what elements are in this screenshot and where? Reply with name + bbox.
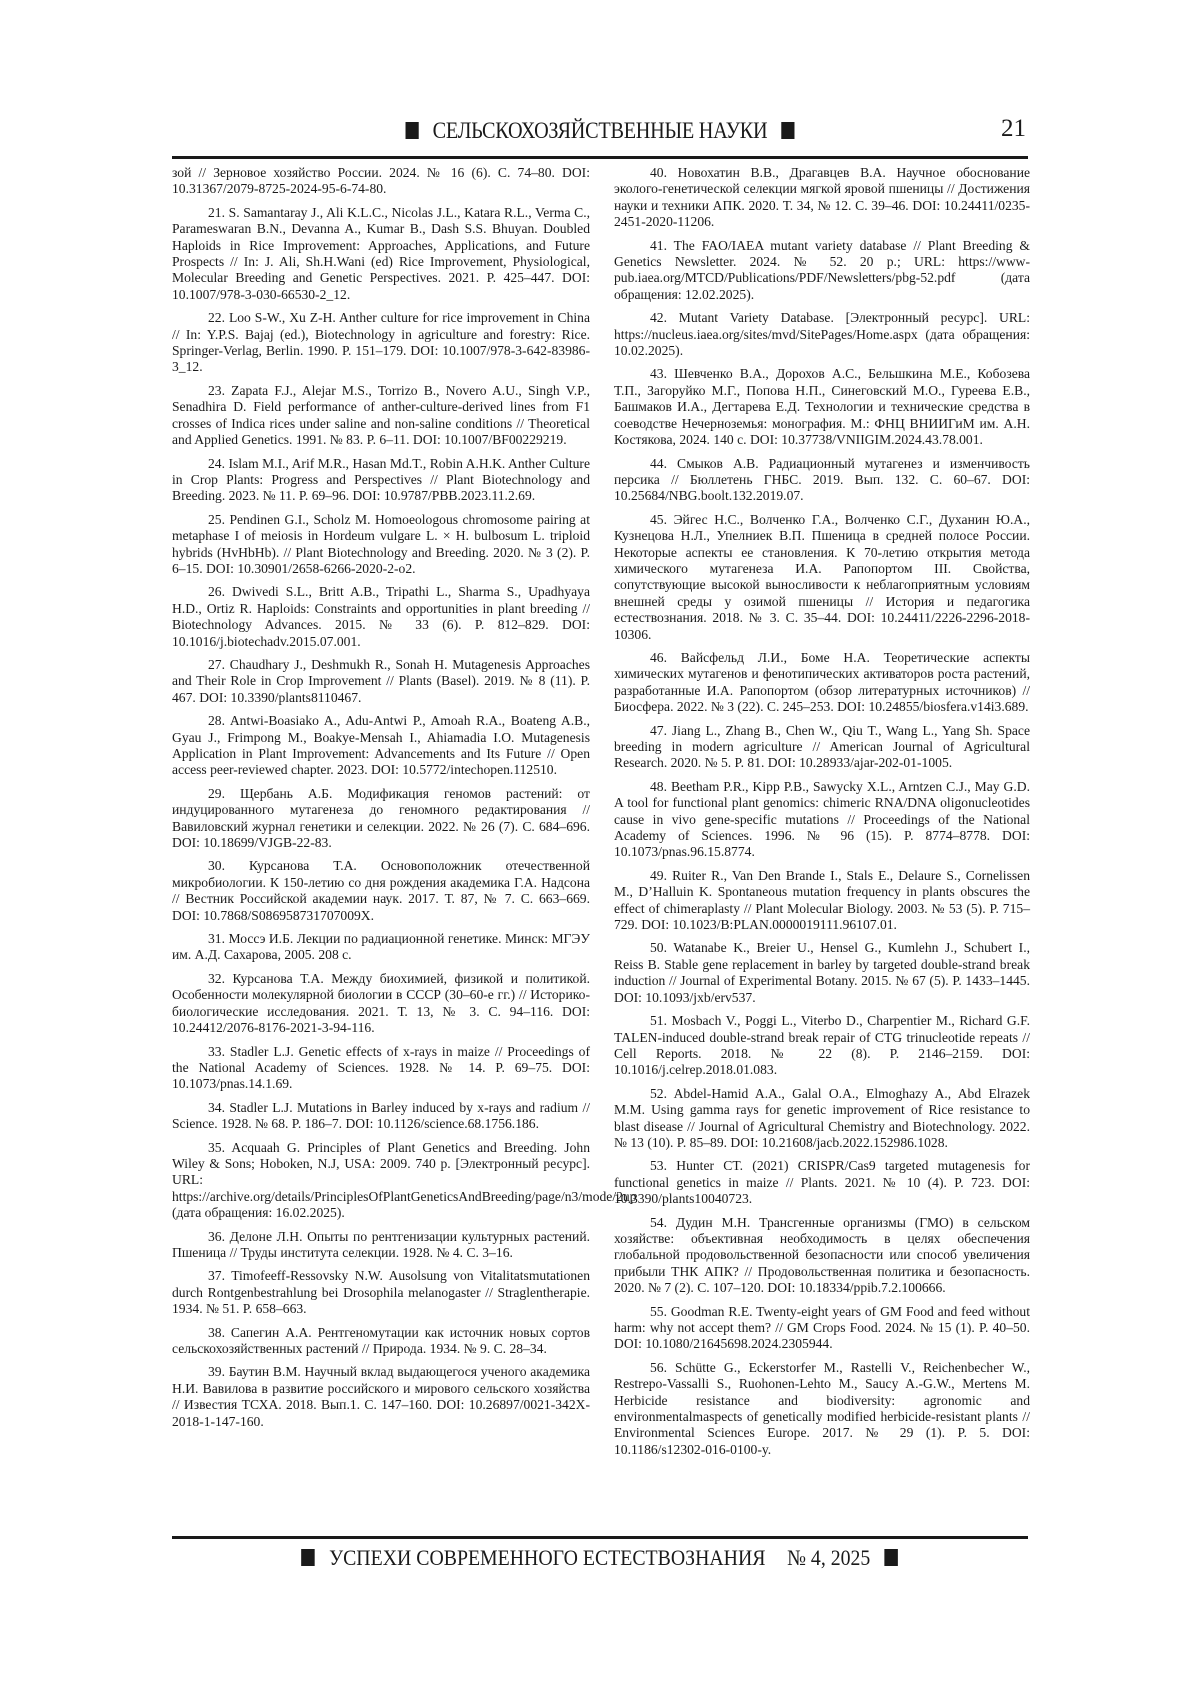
reference-item: 36. Делоне Л.Н. Опыты по рентгенизации к… <box>172 1229 590 1262</box>
reference-item: 32. Курсанова Т.А. Между биохимией, физи… <box>172 971 590 1037</box>
reference-item: 48. Beetham P.R., Kipp P.B., Sawycky X.L… <box>614 779 1030 861</box>
left-column: зой // Зерновое хозяйство России. 2024. … <box>172 165 590 1437</box>
right-column: 40. Новохатин В.В., Драгавцев В.А. Научн… <box>614 165 1030 1465</box>
reference-item: 30. Курсанова Т.А. Основоположник отечес… <box>172 858 590 924</box>
running-header: СЕЛЬСКОХОЗЯЙСТВЕННЫЕ НАУКИ <box>223 118 976 144</box>
reference-item: 35. Acquaah G. Principles of Plant Genet… <box>172 1140 590 1222</box>
reference-item: 46. Вайсфельд Л.И., Боме Н.А. Теоретичес… <box>614 650 1030 716</box>
reference-item: 34. Stadler L.J. Mutations in Barley ind… <box>172 1100 590 1133</box>
reference-item: 50. Watanabe K., Breier U., Hensel G., K… <box>614 940 1030 1006</box>
reference-item: 44. Смыков А.В. Радиационный мутагенез и… <box>614 456 1030 505</box>
header-rule <box>172 156 1028 159</box>
reference-item: 23. Zapata F.J., Alejar M.S., Torrizo B.… <box>172 383 590 449</box>
square-bullet-icon <box>781 122 794 139</box>
reference-item: 22. Loo S-W., Xu Z-H. Anther culture for… <box>172 310 590 376</box>
reference-item: 51. Mosbach V., Poggi L., Viterbo D., Ch… <box>614 1013 1030 1079</box>
reference-item: 38. Сапегин А.А. Рентгеномутации как ист… <box>172 1325 590 1358</box>
section-title: СЕЛЬСКОХОЗЯЙСТВЕННЫЕ НАУКИ <box>433 118 768 143</box>
reference-item: 27. Chaudhary J., Deshmukh R., Sonah H. … <box>172 657 590 706</box>
reference-item: 37. Timofeeff-Ressovsky N.W. Ausolsung v… <box>172 1268 590 1317</box>
reference-item: 31. Моссэ И.Б. Лекции по радиационной ге… <box>172 931 590 964</box>
reference-item: 21. S. Samantaray J., Ali K.L.C., Nicola… <box>172 205 590 303</box>
reference-item: 45. Эйгес Н.С., Волченко Г.А., Волченко … <box>614 512 1030 643</box>
reference-item: 49. Ruiter R., Van Den Brande I., Stals … <box>614 868 1030 934</box>
page-footer: УСПЕХИ СОВРЕМЕННОГО ЕСТЕСТВОЗНАНИЯ№ 4, 2… <box>172 1545 1028 1579</box>
square-bullet-icon <box>405 122 418 139</box>
reference-item: 54. Дудин М.Н. Трансгенные организмы (ГМ… <box>614 1215 1030 1297</box>
reference-item: 26. Dwivedi S.L., Britt A.B., Tripathi L… <box>172 584 590 650</box>
reference-item: 24. Islam M.I., Arif M.R., Hasan Md.T., … <box>172 456 590 505</box>
issue-number: № 4, 2025 <box>787 1545 870 1570</box>
reference-item: 29. Щербань А.Б. Модификация геномов рас… <box>172 786 590 852</box>
reference-item: 33. Stadler L.J. Genetic effects of x-ra… <box>172 1044 590 1093</box>
reference-item: 47. Jiang L., Zhang B., Chen W., Qiu T.,… <box>614 723 1030 772</box>
reference-continuation: зой // Зерновое хозяйство России. 2024. … <box>172 165 590 198</box>
reference-item: 43. Шевченко В.А., Дорохов А.С., Бельшки… <box>614 366 1030 448</box>
reference-item: 40. Новохатин В.В., Драгавцев В.А. Научн… <box>614 165 1030 231</box>
page-header: СЕЛЬСКОХОЗЯЙСТВЕННЫЕ НАУКИ 21 <box>172 112 1028 156</box>
reference-item: 28. Antwi-Boasiako A., Adu-Antwi P., Amo… <box>172 713 590 779</box>
square-bullet-icon <box>301 1549 315 1566</box>
reference-item: 52. Abdel-Hamid A.A., Galal O.A., Elmogh… <box>614 1086 1030 1152</box>
page-number: 21 <box>1001 115 1026 143</box>
square-bullet-icon <box>885 1549 899 1566</box>
footer-rule <box>172 1536 1028 1539</box>
reference-item: 42. Mutant Variety Database. [Электронны… <box>614 310 1030 359</box>
reference-item: 39. Баутин В.М. Научный вклад выдающегос… <box>172 1364 590 1430</box>
reference-item: 25. Pendinen G.I., Scholz M. Homoeologou… <box>172 512 590 578</box>
reference-item: 53. Hunter CT. (2021) CRISPR/Cas9 target… <box>614 1158 1030 1207</box>
reference-item: 56. Schütte G., Eckerstorfer M., Rastell… <box>614 1360 1030 1458</box>
reference-item: 55. Goodman R.E. Twenty-eight years of G… <box>614 1304 1030 1353</box>
journal-title: УСПЕХИ СОВРЕМЕННОГО ЕСТЕСТВОЗНАНИЯ <box>329 1545 765 1570</box>
reference-item: 41. The FAO/IAEA mutant variety database… <box>614 238 1030 304</box>
